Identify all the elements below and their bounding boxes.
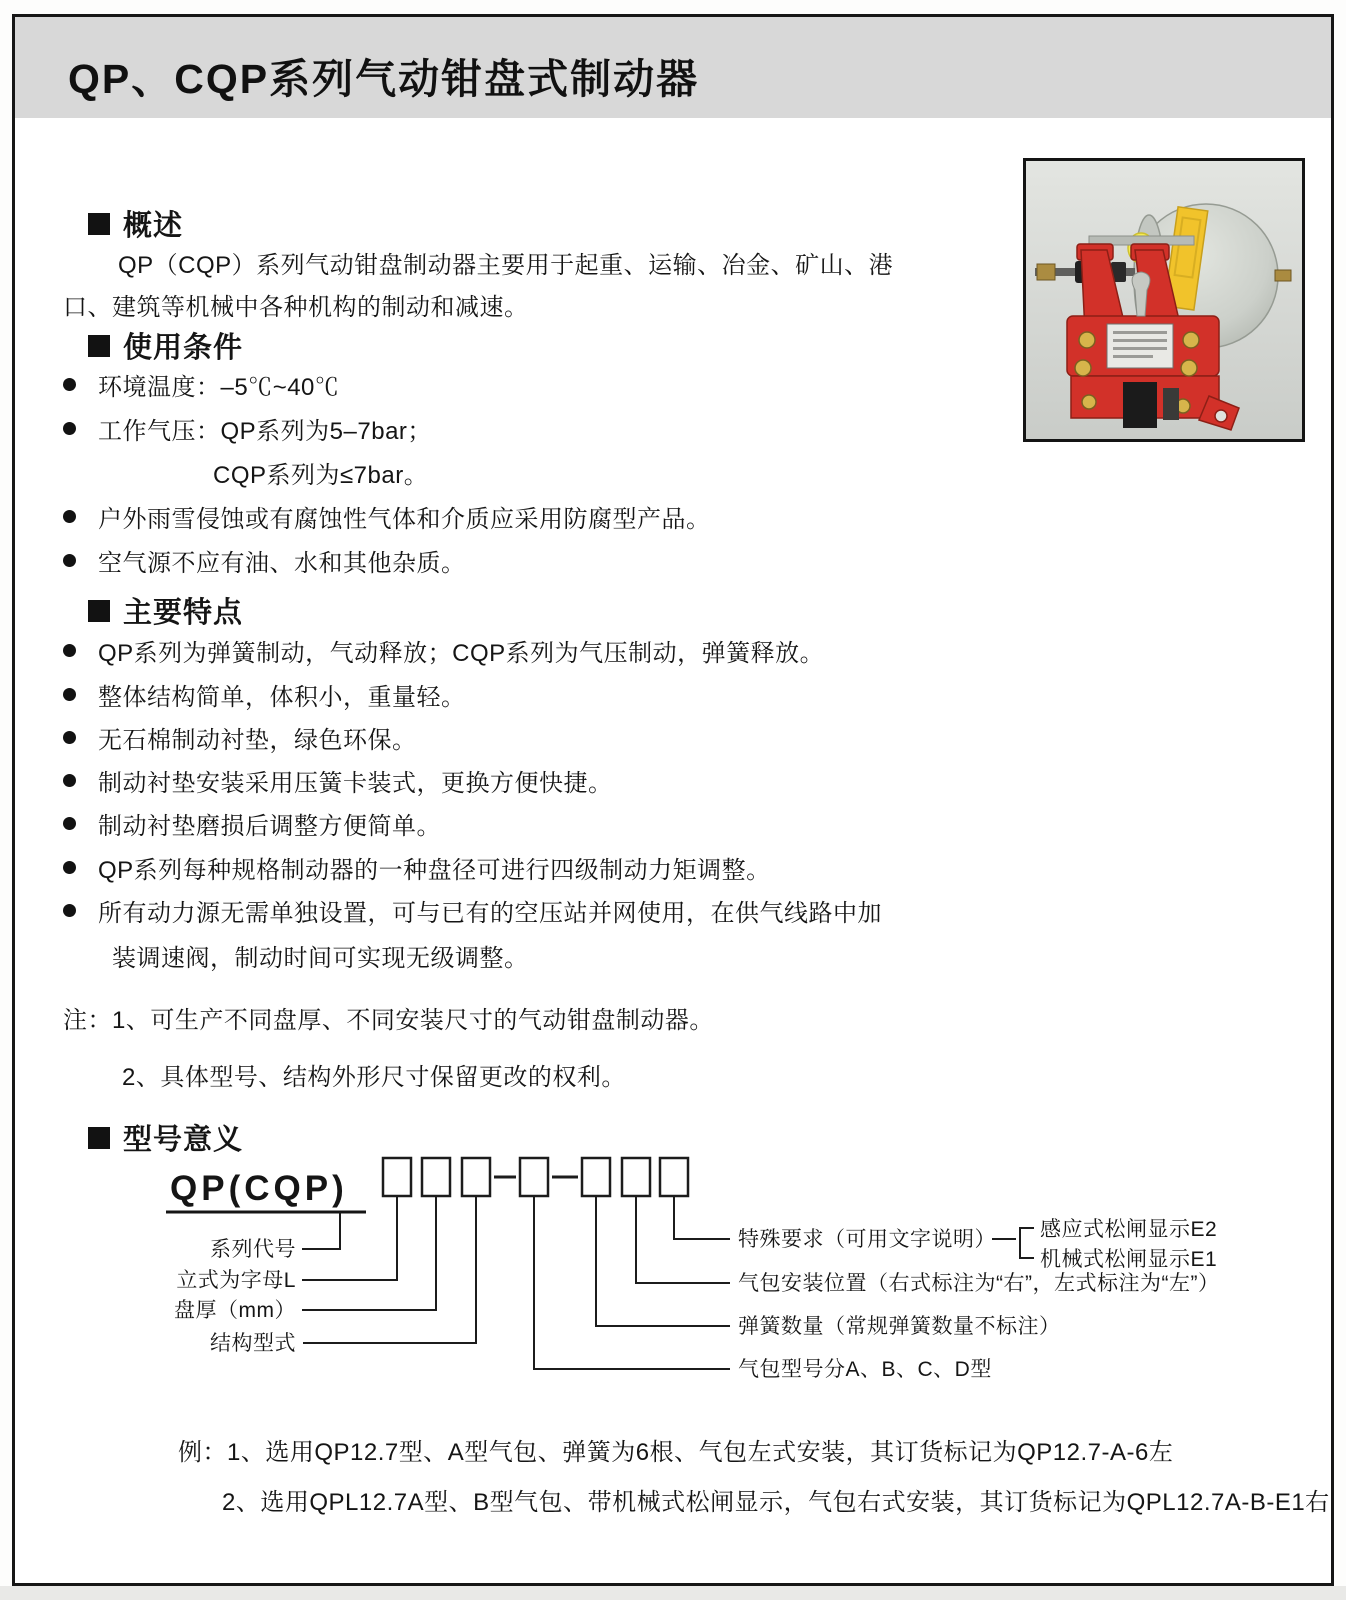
feature-item: 所有动力源无需单独设置，可与已有的空压站并网使用，在供气线路中加 [63,893,882,928]
overview-line: 口、建筑等机械中各种机构的制动和减速。 [63,287,529,322]
bullet-icon [63,861,76,874]
feature-text: 制动衬垫磨损后调整方便简单。 [98,806,441,841]
options-bracket [1020,1228,1034,1258]
mount-hole [1215,410,1227,422]
document-page: QP、CQP系列气动钳盘式制动器 [0,0,1346,1600]
product-photo [1023,158,1305,442]
note-line: 注：1、可生产不同盘厚、不同安装尺寸的气动钳盘制动器。 [63,1000,714,1035]
designation-boxes [383,1158,688,1196]
bullet-icon [63,904,76,917]
bullet-icon [63,688,76,701]
bullet-icon [63,774,76,787]
diagram-label-spring-count: 弹簧数量（常规弹簧数量不标注） [738,1315,1061,1338]
diagram-label-disc-thickness: 盘厚（mm） [174,1299,296,1322]
section-heading-overview: 概述 [88,203,183,244]
condition-text: 空气源不应有油、水和其他杂质。 [98,543,466,578]
bullet-icon [63,644,76,657]
bullet-icon [63,510,76,523]
section-marker-icon [88,600,110,622]
section-title: 概述 [123,203,183,244]
bullet-icon [63,817,76,830]
brass-fitting-left [1037,264,1055,280]
feature-item: 制动衬垫磨损后调整方便简单。 [63,806,441,841]
diagram-label-series: 系列代号 [210,1238,296,1261]
condition-item: 空气源不应有油、水和其他杂质。 [63,543,466,578]
model-designation-diagram: QP(CQP) 系列代号 [150,1140,1310,1420]
feature-item: 整体结构简单，体积小，重量轻。 [63,677,466,712]
model-prefix: QP(CQP) [170,1169,348,1208]
diagram-label-special: 特殊要求（可用文字说明） [738,1228,996,1251]
section-marker-icon [88,1127,110,1149]
nameplate [1107,324,1173,368]
feature-item: QP系列为弹簧制动，气动释放；CQP系列为气压制动，弹簧释放。 [63,633,824,668]
feature-item: 制动衬垫安装采用压簧卡装式，更换方便快捷。 [63,763,613,798]
brake-pad-2 [1163,388,1179,420]
section-heading-features: 主要特点 [88,590,243,631]
bullet-icon [63,554,76,567]
page-title: QP、CQP系列气动钳盘式制动器 [68,46,699,105]
overview-line: QP（CQP）系列气动钳盘制动器主要用于起重、运输、冶金、矿山、港 [118,245,893,280]
feature-text: 所有动力源无需单独设置，可与已有的空压站并网使用，在供气线路中加 [98,893,882,928]
bullet-icon [63,378,76,391]
condition-text: 工作气压：QP系列为5–7bar； [98,411,432,446]
diagram-label-chamber-position: 气包安装位置（右式标注为“右”，左式标注为“左”） [738,1272,1219,1296]
condition-item: 工作气压：QP系列为5–7bar； [63,411,432,446]
feature-item: 无石棉制动衬垫，绿色环保。 [63,720,417,755]
diagram-label-chamber-type: 气包型号分A、B、C、D型 [738,1358,992,1381]
example-line: 2、选用QPL12.7A型、B型气包、带机械式松闸显示，气包右式安装，其订货标记… [222,1482,1330,1517]
special-option-e1: 机械式松闸显示E1 [1040,1248,1217,1271]
condition-item: 户外雨雪侵蚀或有腐蚀性气体和介质应采用防腐型产品。 [63,499,711,534]
section-marker-icon [88,213,110,235]
diagram-label-vertical: 立式为字母L [176,1269,296,1292]
brake-pad [1123,382,1157,428]
diagram-label-structure: 结构型式 [210,1332,296,1355]
note-line: 2、具体型号、结构外形尺寸保留更改的权利。 [122,1057,626,1092]
section-title: 主要特点 [123,590,243,631]
condition-text: 环境温度：–5℃~40℃ [98,367,339,402]
section-title: 使用条件 [123,325,243,366]
brass-fitting-right [1275,270,1291,281]
bullet-icon [63,422,76,435]
feature-text: QP系列每种规格制动器的一种盘径可进行四级制动力矩调整。 [98,850,771,885]
bullet-icon [63,731,76,744]
condition-text: 户外雨雪侵蚀或有腐蚀性气体和介质应采用防腐型产品。 [98,499,711,534]
feature-text-continued: 装调速阀，制动时间可实现无级调整。 [112,938,529,973]
feature-item: QP系列每种规格制动器的一种盘径可进行四级制动力矩调整。 [63,850,771,885]
feature-text: 无石棉制动衬垫，绿色环保。 [98,720,417,755]
page-bottom-margin [0,1586,1346,1600]
feature-text: 制动衬垫安装采用压簧卡装式，更换方便快捷。 [98,763,613,798]
condition-text-continued: CQP系列为≤7bar。 [213,455,428,490]
condition-item: 环境温度：–5℃~40℃ [63,367,339,402]
feature-text: QP系列为弹簧制动，气动释放；CQP系列为气压制动，弹簧释放。 [98,633,824,668]
section-heading-conditions: 使用条件 [88,325,243,366]
feature-text: 整体结构简单，体积小，重量轻。 [98,677,466,712]
section-marker-icon [88,335,110,357]
example-line: 例：1、选用QP12.7型、A型气包、弹簧为6根、气包左式安装，其订货标记为QP… [178,1432,1173,1467]
special-option-e2: 感应式松闸显示E2 [1040,1218,1217,1241]
